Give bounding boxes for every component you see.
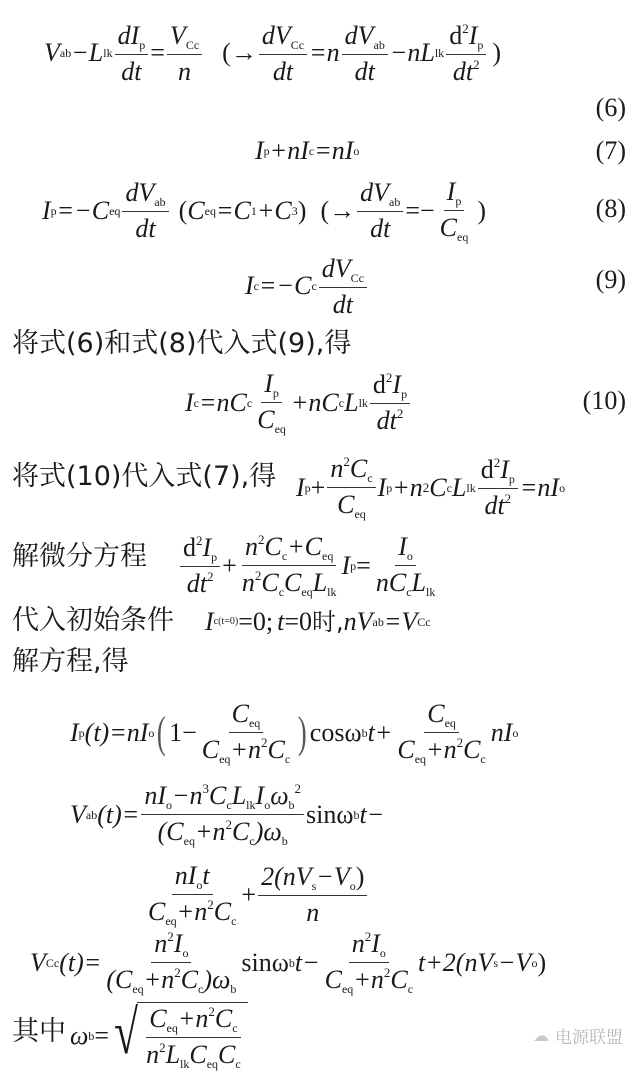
fraction: dVCcdt (319, 255, 367, 318)
sqrt: √ Ceq+n2Ccn2LlkCeqCc (109, 1002, 248, 1070)
watermark-text: 电源联盟 (555, 1023, 623, 1048)
text-substitute-6-8-9: 将式(6)和式(8)代入式(9),得 (12, 330, 640, 357)
fraction: n2IoCeq+n2Cc (322, 930, 416, 995)
equation-7-body: Ip+nIc=nIo (255, 138, 359, 164)
equation-10-body: Ic=nCc IpCeq +nCcLlk d2Ipdt2 (185, 370, 412, 435)
watermark: ☁ 电源联盟 (533, 1023, 623, 1048)
fraction: dIpdt (115, 22, 149, 85)
equation-8-body: Ip=−Ceq dVabdt (Ceq=C1+C3) (→ dVabdt =− … (42, 178, 486, 243)
text-where: 其中 (12, 1018, 66, 1045)
symbol: −nL (390, 40, 435, 66)
equation-11-body: Ip+ n2CcCeq Ip+n2CcLlk d2Ipdt2 =nIo (296, 455, 565, 520)
subscript: ab (60, 47, 71, 59)
fraction: dVabdt (342, 22, 388, 85)
equation-9-body: Ic=−Cc dVCcdt (245, 255, 369, 318)
fraction: n2Cc+Ceqn2CcCeqLlk (239, 533, 340, 598)
fraction: dVCcdt (259, 22, 307, 85)
equation-ip-t-body: Ip(t)=nIo (1− CeqCeq+n2Cc ) cosωbt+ CeqC… (70, 700, 518, 765)
fraction: d2Ipdt2 (180, 534, 220, 597)
fraction: IonCcLlk (373, 533, 438, 598)
equation-9-tag: (9) (596, 267, 626, 293)
equation-6-tag: (6) (596, 93, 626, 123)
equation-10-tag: (10) (583, 388, 626, 414)
text-substitute-10-7: 将式(10)代入式(7),得 (12, 463, 276, 490)
arrow: (→ (222, 40, 257, 66)
fraction: dVabdt (122, 179, 168, 242)
equation-omega-b-body: ωb= √ Ceq+n2Ccn2LlkCeqCc (70, 1002, 248, 1070)
fraction: d2Ipdt2 (446, 22, 486, 85)
fraction: 2(nVs−Vo)n (258, 863, 367, 926)
fraction: d2Ipdt2 (478, 456, 518, 519)
text-initial-conditions: 代入初始条件 (12, 607, 174, 634)
fraction: n2Io(Ceq+n2Cc)ωb (103, 930, 239, 995)
equation-vab-t-cont-body: nIotCeq+n2Cc + 2(nVs−Vo)n (143, 862, 369, 927)
fraction: IpCeq (254, 370, 289, 435)
wechat-logo-icon: ☁ (533, 1026, 549, 1045)
equation-12-body: d2Ipdt2 + n2Cc+Ceqn2CcCeqLlk Ip= IonCcLl… (178, 533, 440, 598)
fraction: VCcn (167, 22, 202, 85)
symbol: −L (71, 40, 103, 66)
symbol: =n (309, 40, 340, 66)
fraction: d2Ipdt2 (370, 371, 410, 434)
equation-vcc-t-body: VCc(t)= n2Io(Ceq+n2Cc)ωb sinωbt− n2IoCeq… (30, 930, 546, 995)
fraction: dVabdt (357, 179, 403, 242)
fraction: IpCeq (437, 178, 472, 243)
symbol: V (44, 40, 60, 66)
equals: = (150, 40, 165, 66)
equation-vab-t-body: Vab(t)= nIo−n3CcLlkIoωb2(Ceq+n2Cc)ωb sin… (70, 782, 384, 847)
equation-7-tag: (7) (596, 138, 626, 164)
subscript: lk (435, 47, 444, 59)
fraction: nIo−n3CcLlkIoωb2(Ceq+n2Cc)ωb (141, 782, 304, 847)
subscript: lk (103, 47, 112, 59)
fraction: nIotCeq+n2Cc (145, 862, 239, 927)
paren-close: ) (492, 40, 501, 66)
equation-6-body: Vab −Llk dIpdt = VCcn (→ dVCcdt =n dVabd… (44, 22, 501, 85)
fraction: CeqCeq+n2Cc (394, 700, 488, 765)
equation-8-tag: (8) (596, 196, 626, 222)
fraction: n2CcCeq (327, 455, 375, 520)
fraction: Ceq+n2Ccn2LlkCeqCc (143, 1005, 244, 1070)
fraction: CeqCeq+n2Cc (199, 700, 293, 765)
initial-condition: Ic(t=0)=0;t=0 时,nVab=VCc (205, 609, 431, 635)
text-solve-equation: 解方程,得 (12, 648, 640, 675)
text-solve-ode: 解微分方程 (12, 543, 147, 570)
